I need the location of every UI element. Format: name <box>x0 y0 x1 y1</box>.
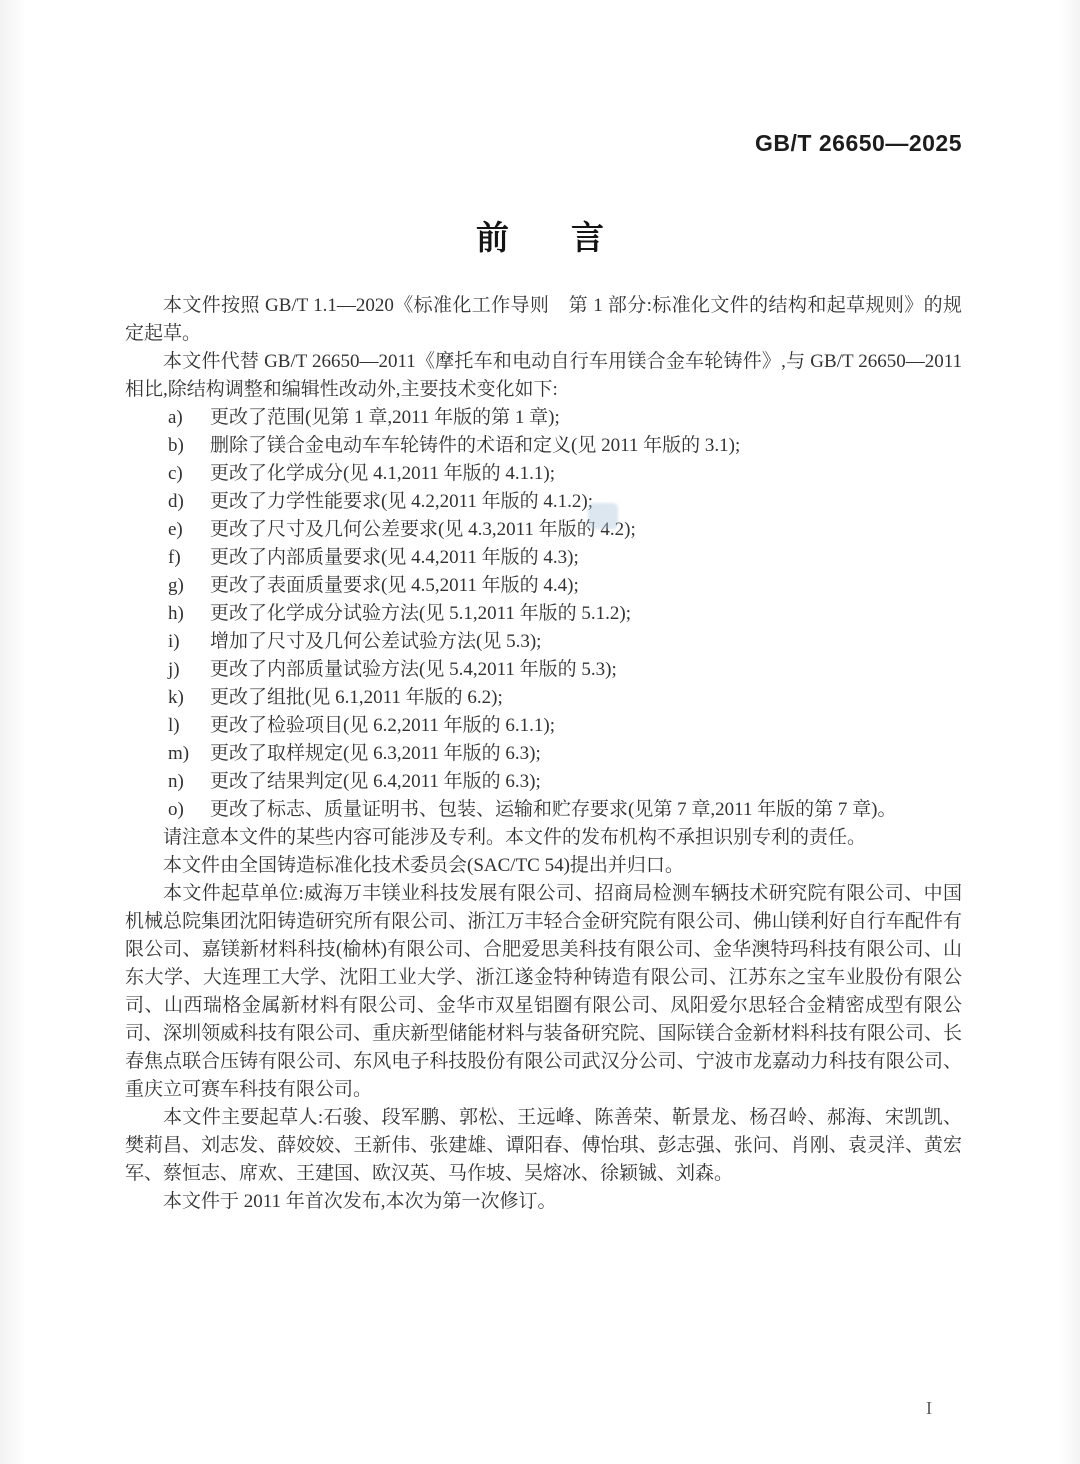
item-label: m) <box>168 740 210 768</box>
item-text: 更改了化学成分试验方法(见 5.1,2011 年版的 5.1.2); <box>210 600 962 628</box>
para-drafting-rule: 本文件按照 GB/T 1.1—2020《标准化工作导则 第 1 部分:标准化文件… <box>125 292 962 348</box>
list-item: d)更改了力学性能要求(见 4.2,2011 年版的 4.1.2); <box>125 488 962 516</box>
para-replacement: 本文件代替 GB/T 26650—2011《摩托车和电动自行车用镁合金车轮铸件》… <box>125 348 962 404</box>
item-label: o) <box>168 796 210 824</box>
item-text: 更改了标志、质量证明书、包装、运输和贮存要求(见第 7 章,2011 年版的第 … <box>210 796 962 824</box>
item-label: d) <box>168 488 210 516</box>
item-label: i) <box>168 628 210 656</box>
standard-code: GB/T 26650—2025 <box>755 130 962 157</box>
item-label: k) <box>168 684 210 712</box>
list-item: e)更改了尺寸及几何公差要求(见 4.3,2011 年版的 4.2); <box>125 516 962 544</box>
item-text: 更改了内部质量要求(见 4.4,2011 年版的 4.3); <box>210 544 962 572</box>
list-item: l)更改了检验项目(见 6.2,2011 年版的 6.1.1); <box>125 712 962 740</box>
item-label: h) <box>168 600 210 628</box>
item-text: 更改了组批(见 6.1,2011 年版的 6.2); <box>210 684 962 712</box>
list-item: k)更改了组批(见 6.1,2011 年版的 6.2); <box>125 684 962 712</box>
item-text: 更改了力学性能要求(见 4.2,2011 年版的 4.1.2); <box>210 488 962 516</box>
foreword-body: 本文件按照 GB/T 1.1—2020《标准化工作导则 第 1 部分:标准化文件… <box>125 292 962 1216</box>
item-text: 更改了结果判定(见 6.4,2011 年版的 6.3); <box>210 768 962 796</box>
list-item: f)更改了内部质量要求(见 4.4,2011 年版的 4.3); <box>125 544 962 572</box>
para-drafters: 本文件主要起草人:石骏、段军鹏、郭松、王远峰、陈善荣、靳景龙、杨召岭、郝海、宋凯… <box>125 1104 962 1188</box>
changes-list: a)更改了范围(见第 1 章,2011 年版的第 1 章); b)删除了镁合金电… <box>125 404 962 824</box>
item-label: j) <box>168 656 210 684</box>
list-item: a)更改了范围(见第 1 章,2011 年版的第 1 章); <box>125 404 962 432</box>
item-label: n) <box>168 768 210 796</box>
list-item: i)增加了尺寸及几何公差试验方法(见 5.3); <box>125 628 962 656</box>
list-item: j)更改了内部质量试验方法(见 5.4,2011 年版的 5.3); <box>125 656 962 684</box>
list-item: b)删除了镁合金电动车车轮铸件的术语和定义(见 2011 年版的 3.1); <box>125 432 962 460</box>
page-number: I <box>926 1398 933 1419</box>
item-label: f) <box>168 544 210 572</box>
list-item: g)更改了表面质量要求(见 4.5,2011 年版的 4.4); <box>125 572 962 600</box>
item-text: 更改了取样规定(见 6.3,2011 年版的 6.3); <box>210 740 962 768</box>
list-item: n)更改了结果判定(见 6.4,2011 年版的 6.3); <box>125 768 962 796</box>
item-label: l) <box>168 712 210 740</box>
watermark-artifact <box>588 503 618 529</box>
page-title-char: 言 <box>571 212 604 259</box>
item-label: b) <box>168 432 210 460</box>
list-item: h)更改了化学成分试验方法(见 5.1,2011 年版的 5.1.2); <box>125 600 962 628</box>
item-label: a) <box>168 404 210 432</box>
para-history: 本文件于 2011 年首次发布,本次为第一次修订。 <box>125 1188 962 1216</box>
para-drafting-units: 本文件起草单位:威海万丰镁业科技发展有限公司、招商局检测车辆技术研究院有限公司、… <box>125 880 962 1104</box>
item-text: 更改了内部质量试验方法(见 5.4,2011 年版的 5.3); <box>210 656 962 684</box>
page-title: 前 言 <box>0 212 1080 259</box>
page-title-char: 前 <box>476 212 509 259</box>
item-text: 更改了化学成分(见 4.1,2011 年版的 4.1.1); <box>210 460 962 488</box>
item-text: 更改了尺寸及几何公差要求(见 4.3,2011 年版的 4.2); <box>210 516 962 544</box>
para-patent-notice: 请注意本文件的某些内容可能涉及专利。本文件的发布机构不承担识别专利的责任。 <box>125 824 962 852</box>
item-text: 更改了范围(见第 1 章,2011 年版的第 1 章); <box>210 404 962 432</box>
item-label: g) <box>168 572 210 600</box>
item-text: 增加了尺寸及几何公差试验方法(见 5.3); <box>210 628 962 656</box>
list-item: m)更改了取样规定(见 6.3,2011 年版的 6.3); <box>125 740 962 768</box>
list-item: c)更改了化学成分(见 4.1,2011 年版的 4.1.1); <box>125 460 962 488</box>
item-text: 更改了检验项目(见 6.2,2011 年版的 6.1.1); <box>210 712 962 740</box>
item-label: e) <box>168 516 210 544</box>
item-text: 更改了表面质量要求(见 4.5,2011 年版的 4.4); <box>210 572 962 600</box>
document-page: GB/T 26650—2025 前 言 本文件按照 GB/T 1.1—2020《… <box>0 0 1080 1464</box>
item-label: c) <box>168 460 210 488</box>
list-item: o)更改了标志、质量证明书、包装、运输和贮存要求(见第 7 章,2011 年版的… <box>125 796 962 824</box>
para-committee: 本文件由全国铸造标准化技术委员会(SAC/TC 54)提出并归口。 <box>125 852 962 880</box>
item-text: 删除了镁合金电动车车轮铸件的术语和定义(见 2011 年版的 3.1); <box>210 432 962 460</box>
